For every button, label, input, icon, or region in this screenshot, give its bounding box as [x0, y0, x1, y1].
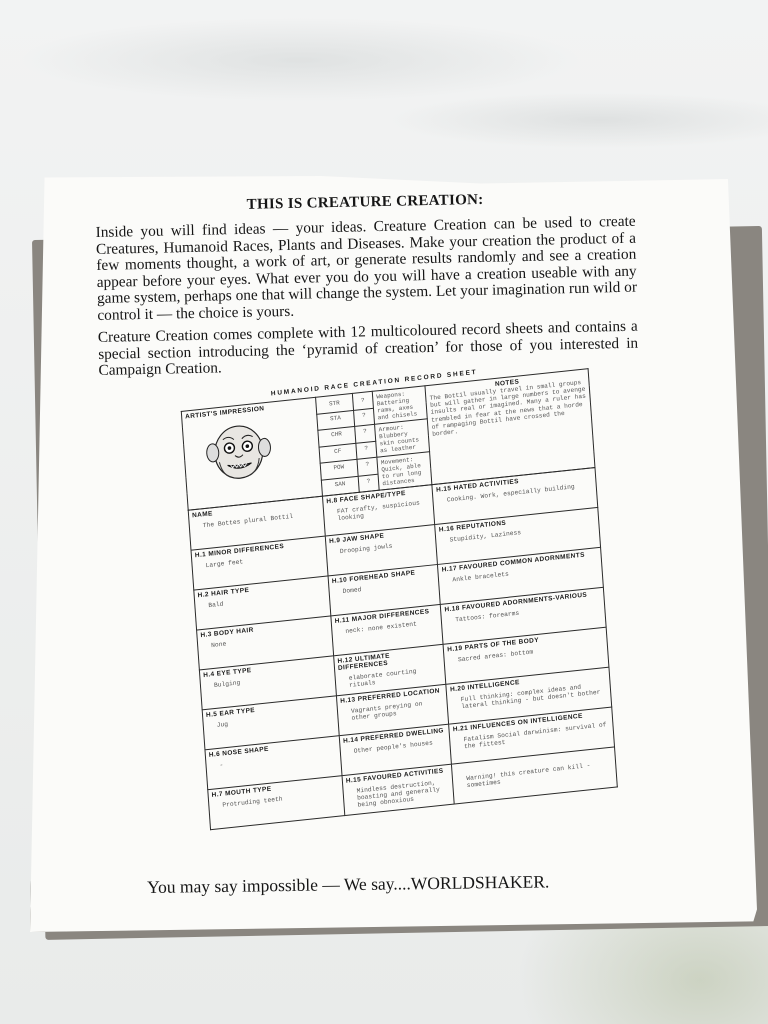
creature-head-illustration [197, 416, 281, 484]
record-sheet-fields: NAMEThe Bottes plural Bottil H.8 FACE SH… [188, 467, 618, 830]
intro-text: THIS IS CREATURE CREATION: Inside you wi… [95, 189, 639, 386]
artist-impression: ARTIST'S IMPRESSION [181, 397, 322, 510]
intro-paragraph: Inside you will find ideas — your ideas.… [96, 214, 638, 324]
notes-box: NOTES The Bottil usually travel in small… [425, 369, 595, 485]
record-sheet: HUMANOID RACE CREATION RECORD SHEET ARTI… [180, 357, 618, 830]
